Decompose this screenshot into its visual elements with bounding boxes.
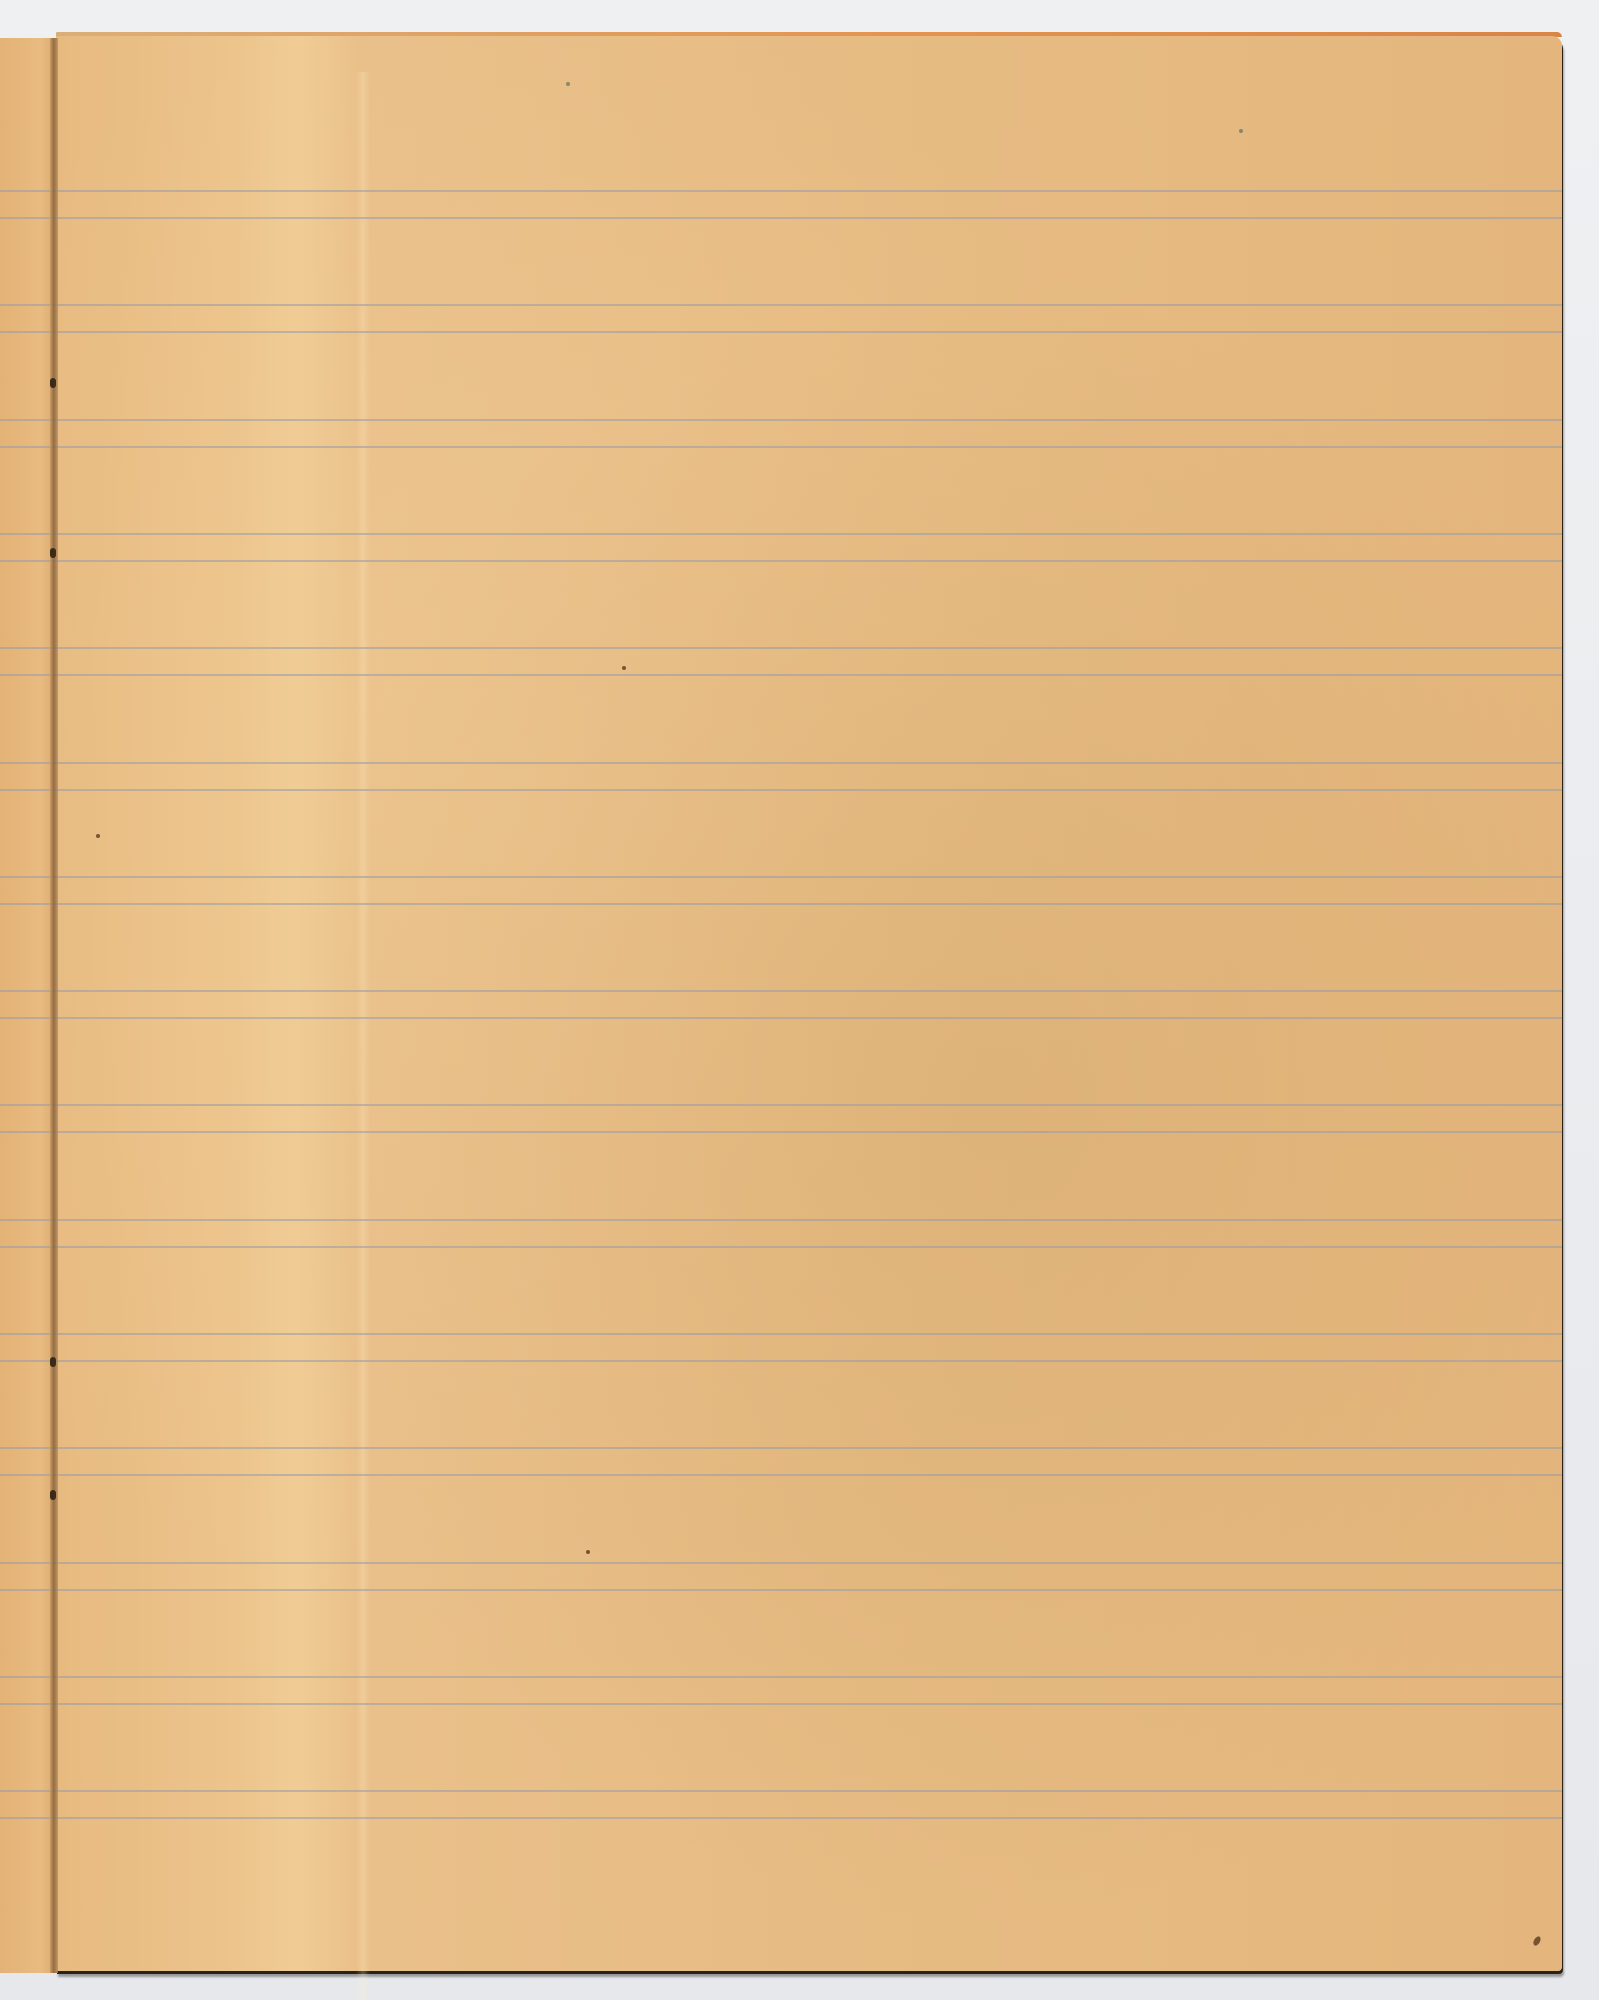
ruled-line	[0, 1447, 1562, 1449]
paper-speck	[586, 1550, 590, 1554]
ruled-line	[0, 1360, 1562, 1362]
paper-speck	[1239, 129, 1243, 133]
staple-hole	[50, 378, 56, 388]
ruled-line	[0, 1131, 1562, 1133]
ruled-line	[0, 1676, 1562, 1678]
ruled-line	[0, 331, 1562, 333]
ruled-line	[0, 1017, 1562, 1019]
ruled-line	[0, 190, 1562, 192]
ruled-line	[0, 533, 1562, 535]
staple-hole	[50, 1490, 56, 1500]
ruled-line	[0, 1219, 1562, 1221]
ruled-line	[0, 990, 1562, 992]
ruled-line	[0, 1333, 1562, 1335]
ruled-line	[0, 903, 1562, 905]
ruled-line	[0, 1589, 1562, 1591]
binding-spine	[50, 38, 58, 1973]
ruled-line	[0, 304, 1562, 306]
paper-speck	[622, 666, 626, 670]
staple-hole	[50, 1357, 56, 1367]
paper-speck	[1532, 1935, 1542, 1947]
paper-fold-mark	[356, 72, 370, 2000]
ruled-line	[0, 1562, 1562, 1564]
ruled-line	[0, 762, 1562, 764]
ruled-line	[0, 1790, 1562, 1792]
staple-hole	[50, 548, 56, 558]
ruled-line	[0, 789, 1562, 791]
ruled-line	[0, 446, 1562, 448]
ruled-line	[0, 1703, 1562, 1705]
ruled-line	[0, 647, 1562, 649]
ruled-line	[0, 876, 1562, 878]
ruled-line	[0, 1246, 1562, 1248]
ruled-line	[0, 1104, 1562, 1106]
ruled-line	[0, 674, 1562, 676]
paper-speck	[566, 82, 570, 86]
ruled-line	[0, 419, 1562, 421]
ruled-line	[0, 1817, 1562, 1819]
paper-speck	[96, 834, 100, 838]
ruled-line	[0, 1474, 1562, 1476]
notebook-page	[56, 36, 1562, 1971]
ruled-line	[0, 217, 1562, 219]
ruled-line	[0, 560, 1562, 562]
scanned-notebook	[0, 0, 1599, 2000]
